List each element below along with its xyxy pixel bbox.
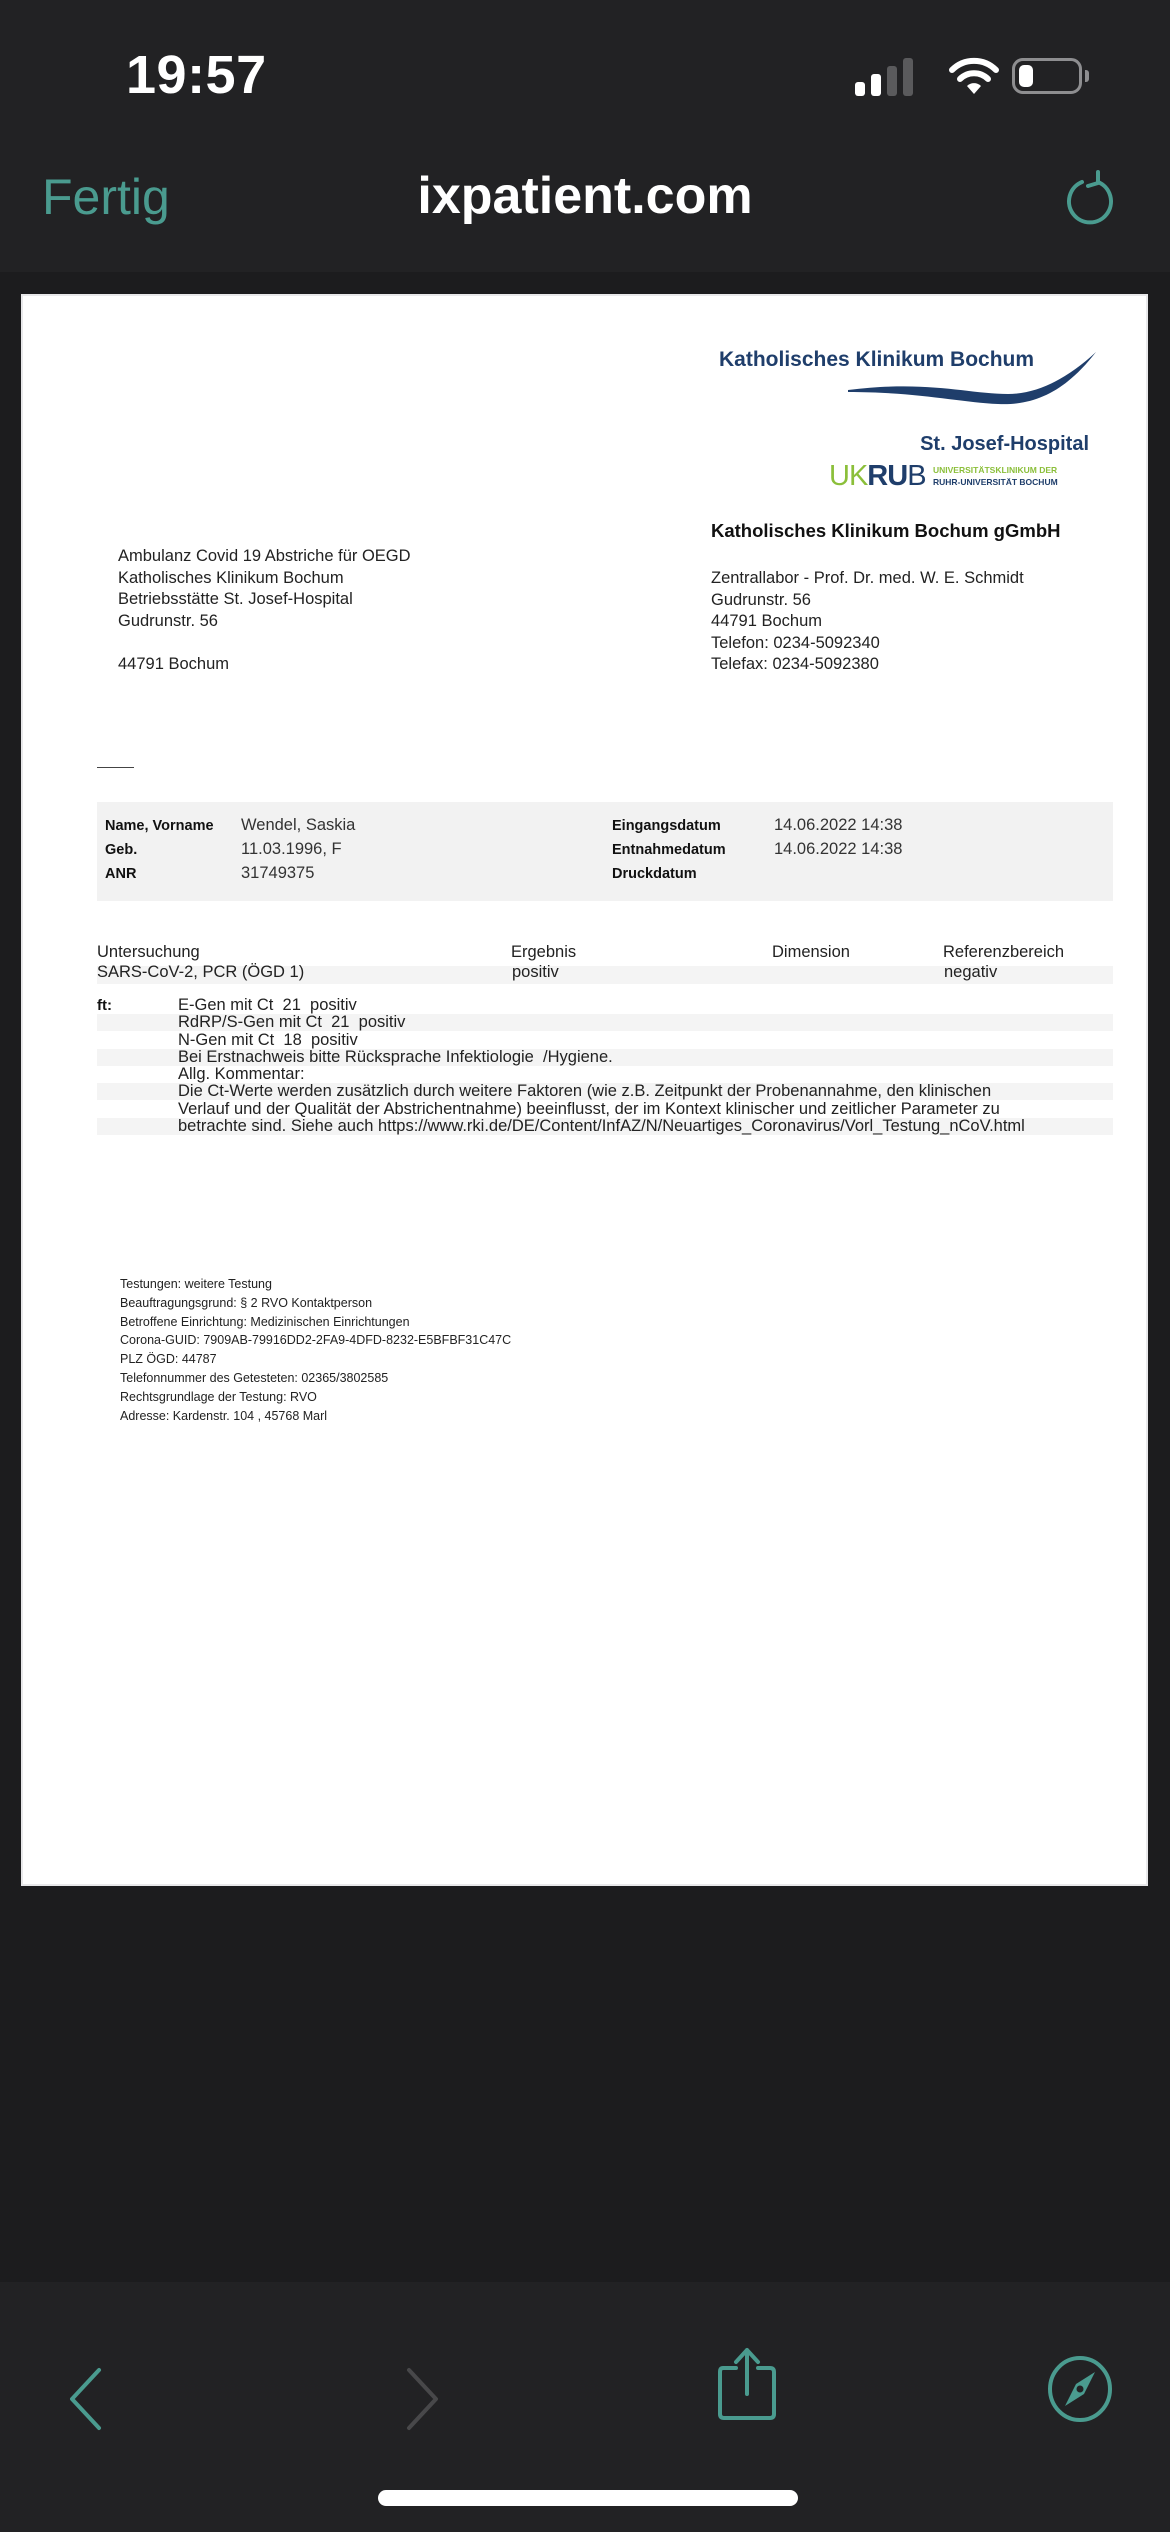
- metadata-line: Adresse: Kardenstr. 104 , 45768 Marl: [120, 1407, 511, 1426]
- col-header-test: Untersuchung: [97, 943, 200, 962]
- dob-label: Geb.: [105, 842, 137, 858]
- test-metadata: Testungen: weitere Testung Beauftragungs…: [120, 1275, 511, 1425]
- clinic-logo-wave: [838, 348, 1098, 408]
- ukrub-logo-ru: RU: [867, 460, 907, 492]
- findings-label: ft:: [97, 997, 112, 1014]
- metadata-line: Rechtsgrundlage der Testung: RVO: [120, 1388, 511, 1407]
- received-value: 14.06.2022 14:38: [774, 816, 902, 835]
- ukrub-caption-line2: RUHR-UNIVERSITÄT BOCHUM: [933, 476, 1058, 488]
- signal-bar: [855, 82, 865, 96]
- collected-value: 14.06.2022 14:38: [774, 840, 902, 859]
- finding-line: Verlauf und der Qualität der Abstrichent…: [178, 1101, 1025, 1118]
- name-value: Wendel, Saskia: [241, 816, 355, 835]
- hospital-name: St. Josef-Hospital: [909, 433, 1089, 456]
- signal-bar: [903, 58, 913, 96]
- ukrub-caption-line1: UNIVERSITÄTSKLINIKUM DER: [933, 464, 1058, 476]
- name-label: Name, Vorname: [105, 818, 214, 834]
- compass-icon[interactable]: [1046, 2354, 1114, 2424]
- metadata-line: PLZ ÖGD: 44787: [120, 1350, 511, 1369]
- battery-tip: [1085, 70, 1089, 82]
- result-test-name: SARS-CoV-2, PCR (ÖGD 1): [97, 963, 304, 982]
- status-icons: [855, 56, 1095, 102]
- metadata-line: Betroffene Einrichtung: Medizinischen Ei…: [120, 1313, 511, 1332]
- chevron-right-icon[interactable]: [402, 2366, 442, 2432]
- org-name: Katholisches Klinikum Bochum gGmbH: [711, 520, 1061, 542]
- anr-label: ANR: [105, 866, 136, 882]
- finding-line: Bei Erstnachweis bitte Rücksprache Infek…: [178, 1049, 1025, 1066]
- address-line: Ambulanz Covid 19 Abstriche für OEGD: [118, 546, 411, 568]
- address-line: 44791 Bochum: [711, 611, 1024, 633]
- status-time: 19:57: [126, 44, 267, 106]
- ukrub-logo-caption: UNIVERSITÄTSKLINIKUM DER RUHR-UNIVERSITÄ…: [933, 464, 1058, 488]
- share-icon[interactable]: [714, 2346, 780, 2422]
- battery-icon: [1012, 58, 1082, 94]
- ukrub-logo: UKRUB: [829, 460, 926, 493]
- signal-bar: [887, 66, 897, 96]
- metadata-line: Corona-GUID: 7909AB-79916DD2-2FA9-4DFD-8…: [120, 1331, 511, 1350]
- col-header-reference: Referenzbereich: [943, 943, 1064, 962]
- ukrub-logo-b: B: [907, 460, 925, 492]
- chevron-left-icon[interactable]: [66, 2366, 106, 2432]
- print-date-label: Druckdatum: [612, 866, 697, 882]
- col-header-result: Ergebnis: [511, 943, 576, 962]
- finding-line: N-Gen mit Ct 18 positiv: [178, 1032, 1025, 1049]
- result-value: positiv: [512, 963, 559, 982]
- result-reference: negativ: [944, 963, 997, 982]
- address-line: 44791 Bochum: [118, 654, 411, 676]
- wifi-icon: [947, 56, 1001, 96]
- metadata-line: Telefonnummer des Getesteten: 02365/3802…: [120, 1369, 511, 1388]
- address-line: Gudrunstr. 56: [711, 590, 1024, 612]
- finding-line: betrachte sind. Siehe auch https://www.r…: [178, 1118, 1025, 1135]
- signal-bar: [871, 74, 881, 96]
- lab-report-document: Katholisches Klinikum Bochum St. Josef-H…: [23, 296, 1146, 1884]
- address-line: Katholisches Klinikum Bochum: [118, 568, 411, 590]
- findings-text: E-Gen mit Ct 21 positiv RdRP/S-Gen mit C…: [178, 997, 1025, 1135]
- recipient-address: Ambulanz Covid 19 Abstriche für OEGD Kat…: [118, 546, 411, 675]
- finding-line: Die Ct-Werte werden zusätzlich durch wei…: [178, 1083, 1025, 1100]
- address-line: Telefax: 0234-5092380: [711, 654, 1024, 676]
- reload-icon[interactable]: [1060, 168, 1120, 228]
- patient-info-box: Name, Vorname Wendel, Saskia Geb. 11.03.…: [97, 802, 1113, 901]
- home-indicator[interactable]: [378, 2490, 798, 2506]
- ukrub-logo-uk: UK: [829, 460, 867, 492]
- divider: [97, 767, 134, 768]
- metadata-line: Beauftragungsgrund: § 2 RVO Kontaktperso…: [120, 1294, 511, 1313]
- address-line: Zentrallabor - Prof. Dr. med. W. E. Schm…: [711, 568, 1024, 590]
- address-line: [118, 632, 411, 654]
- col-header-dimension: Dimension: [772, 943, 850, 962]
- top-bar: 19:57 Fertig ixpatient.com: [0, 0, 1170, 272]
- page-title: ixpatient.com: [0, 166, 1170, 226]
- collected-label: Entnahmedatum: [612, 842, 726, 858]
- address-line: Betriebsstätte St. Josef-Hospital: [118, 589, 411, 611]
- finding-line: E-Gen mit Ct 21 positiv: [178, 997, 1025, 1014]
- finding-line: Allg. Kommentar:: [178, 1066, 1025, 1083]
- metadata-line: Testungen: weitere Testung: [120, 1275, 511, 1294]
- lab-address: Zentrallabor - Prof. Dr. med. W. E. Schm…: [711, 568, 1024, 676]
- finding-line: RdRP/S-Gen mit Ct 21 positiv: [178, 1014, 1025, 1031]
- dob-value: 11.03.1996, F: [241, 840, 342, 859]
- received-label: Eingangsdatum: [612, 818, 721, 834]
- anr-value: 31749375: [241, 864, 314, 883]
- address-line: Gudrunstr. 56: [118, 611, 411, 633]
- address-line: Telefon: 0234-5092340: [711, 633, 1024, 655]
- battery-level: [1019, 65, 1033, 87]
